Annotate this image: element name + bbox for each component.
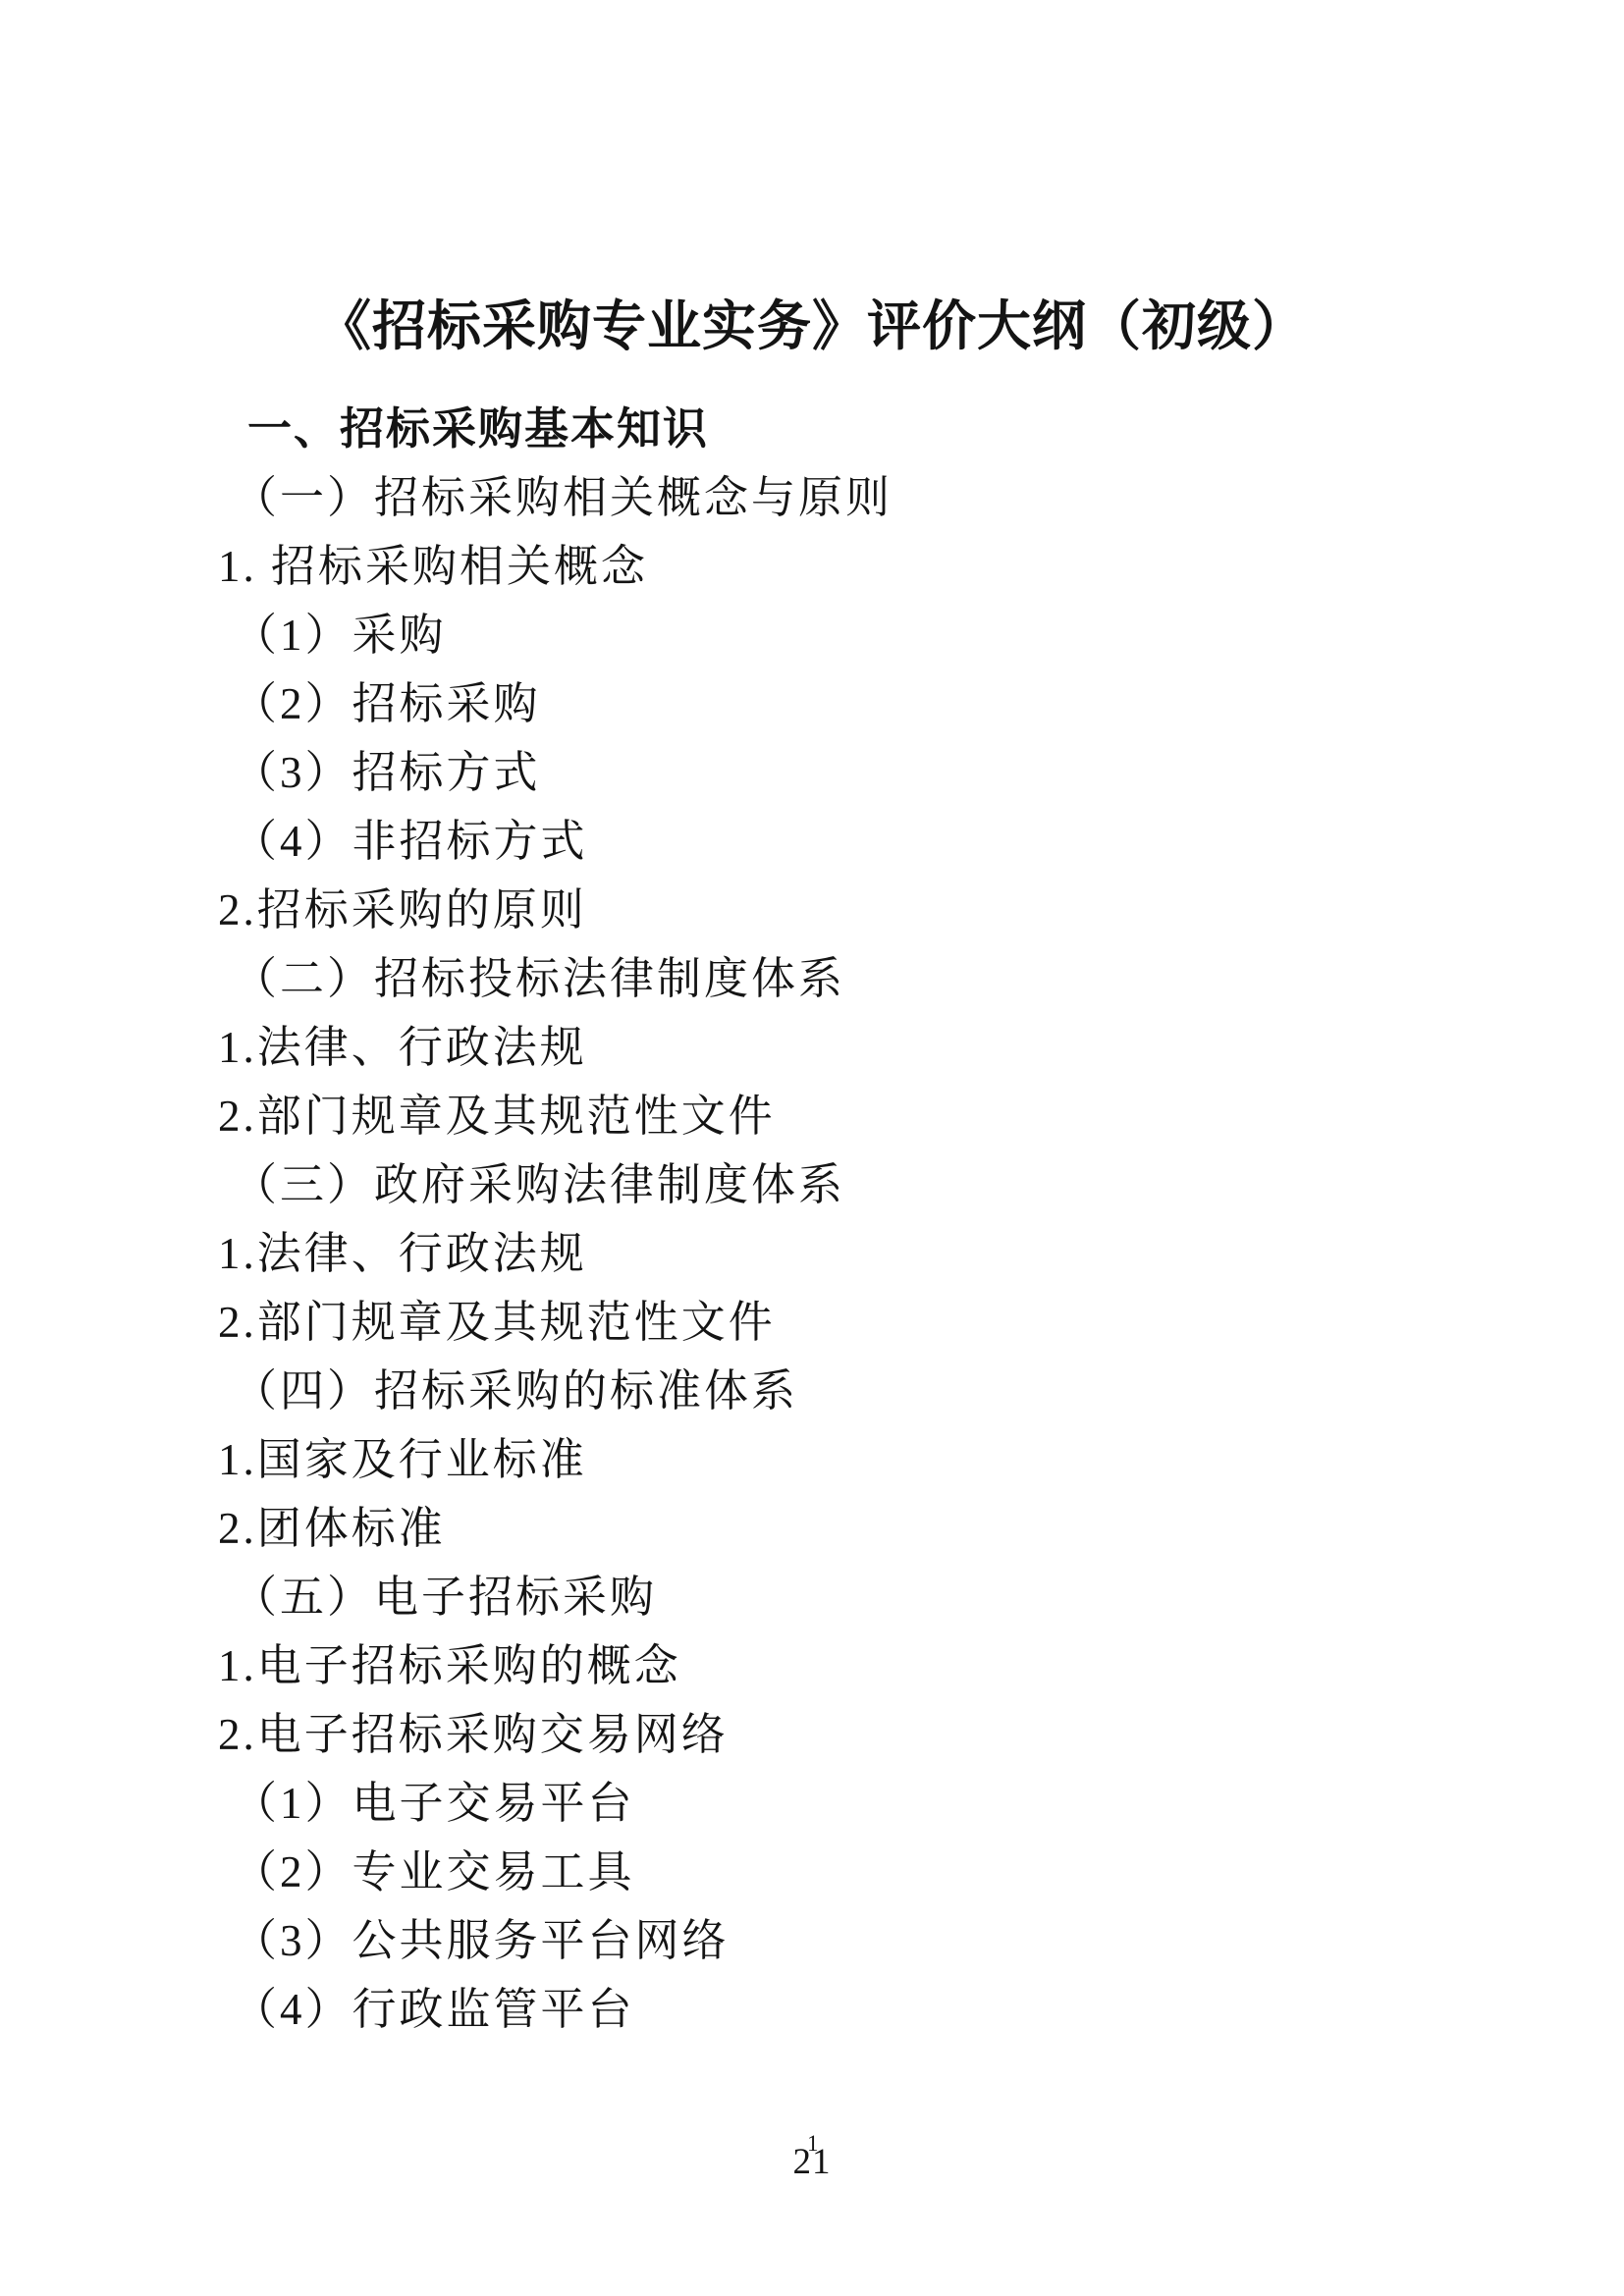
outline-item: （五）电子招标采购 (218, 1563, 1396, 1631)
outline-item: （三）政府采购法律制度体系 (218, 1150, 1396, 1219)
outline-item: （3）招标方式 (218, 738, 1396, 807)
outline-item: （2）专业交易工具 (218, 1838, 1396, 1906)
outline-item: 2.电子招标采购交易网络 (218, 1700, 1396, 1769)
outline-item: （四）招标采购的标准体系 (218, 1357, 1396, 1425)
document-page: 《招标采购专业实务》评价大纲（初级） 一、招标采购基本知识 （一）招标采购相关概… (0, 0, 1624, 2296)
outline-item: 1.法律、行政法规 (218, 1013, 1396, 1082)
section-heading: 一、招标采购基本知识 (218, 395, 1396, 463)
outline-item: （二）招标投标法律制度体系 (218, 944, 1396, 1013)
outline-content: 一、招标采购基本知识 （一）招标采购相关概念与原则 1. 招标采购相关概念 （1… (218, 395, 1396, 2044)
outline-item: 2.部门规章及其规范性文件 (218, 1082, 1396, 1150)
outline-item: 1.法律、行政法规 (218, 1219, 1396, 1288)
outline-item: 1.国家及行业标准 (218, 1425, 1396, 1494)
outline-item: 2.团体标准 (218, 1494, 1396, 1563)
outline-item: 1.电子招标采购的概念 (218, 1631, 1396, 1700)
outline-item: （4）非招标方式 (218, 807, 1396, 876)
outline-item: 2.部门规章及其规范性文件 (218, 1288, 1396, 1357)
outline-item: 2.招标采购的原则 (218, 876, 1396, 944)
outline-item: 1. 招标采购相关概念 (218, 532, 1396, 601)
outline-item: （1）采购 (218, 601, 1396, 669)
outline-item: （3）公共服务平台网络 (218, 1906, 1396, 1975)
page-number-overlay: 1 (807, 2132, 819, 2155)
outline-item: （1）电子交易平台 (218, 1769, 1396, 1838)
outline-item: （4）行政监管平台 (218, 1975, 1396, 2044)
outline-item: （2）招标采购 (218, 669, 1396, 738)
document-title: 《招标采购专业实务》评价大纲（初级） (0, 291, 1624, 361)
outline-item: （一）招标采购相关概念与原则 (218, 463, 1396, 532)
